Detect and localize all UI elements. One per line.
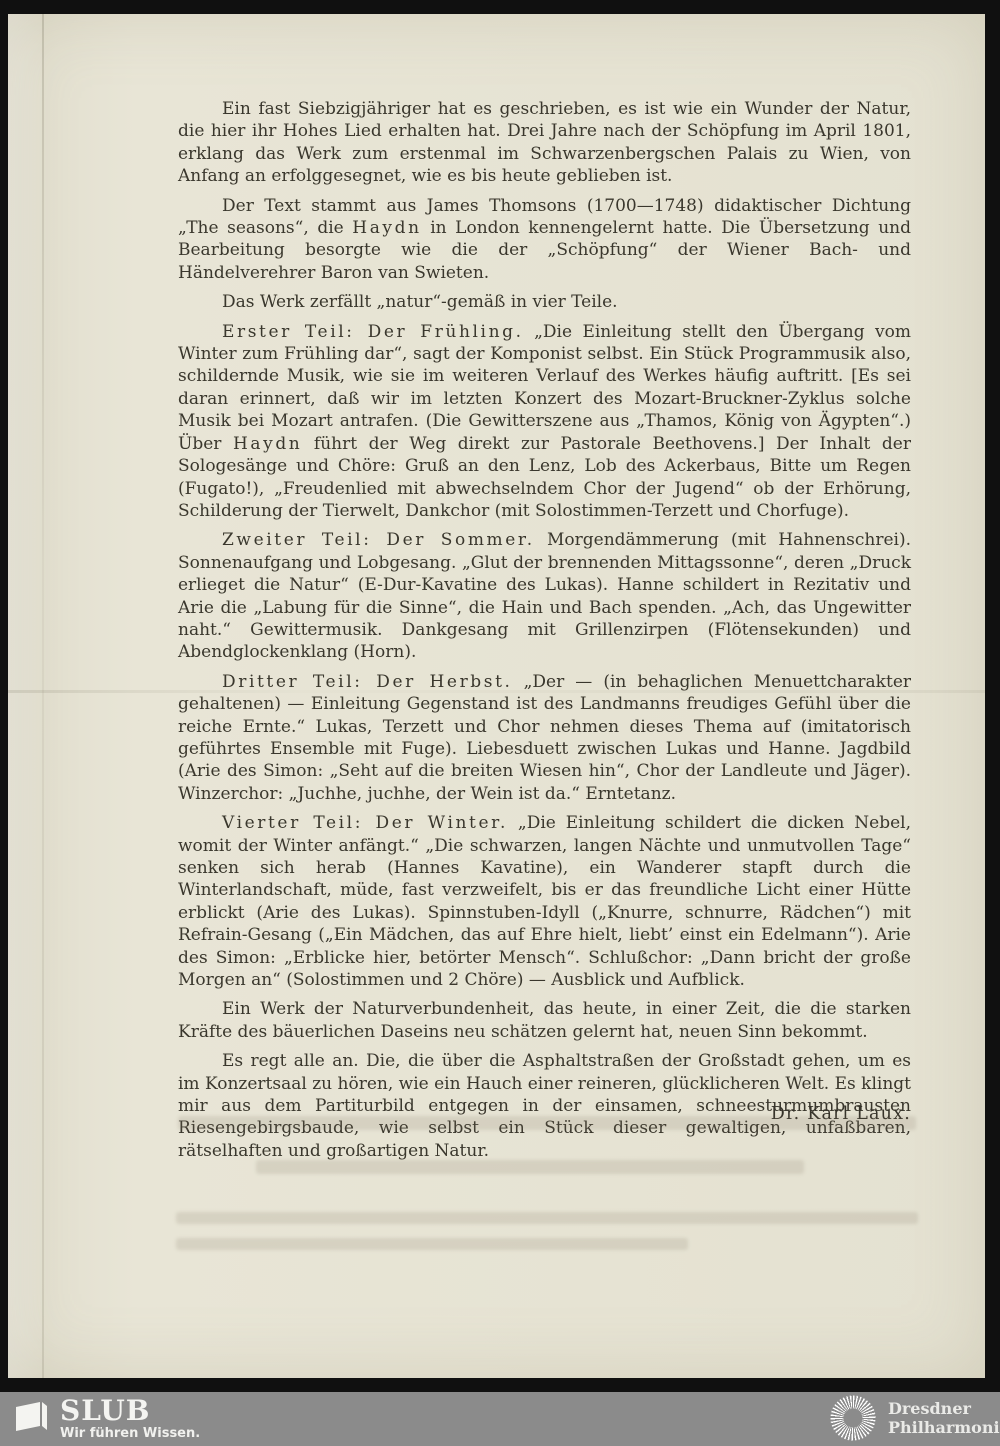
author-signature: Dr. Karl Laux. (178, 1104, 921, 1124)
body-text: Das Werk zerfällt „natur“-gemäß in vier … (222, 292, 618, 312)
emphasized-text: Haydn (233, 434, 302, 454)
paragraph: Zweiter Teil: Der Sommer. Morgendämmerun… (178, 529, 911, 663)
paragraph: Der Text stammt aus James Thomsons (1700… (178, 195, 911, 285)
emphasized-text: Haydn (352, 218, 421, 238)
emphasized-text: Vierter Teil: Der Winter. (222, 813, 508, 833)
paragraph: Ein Werk der Naturverbundenheit, das heu… (178, 998, 911, 1043)
paragraph: Erster Teil: Der Frühling. „Die Einleitu… (178, 321, 911, 523)
slub-wordmark: SLUB (60, 1397, 200, 1425)
body-text: „Die Einleitung schildert die dicken Neb… (178, 813, 911, 990)
philharmonie-name-line1: Dresdner (888, 1399, 1000, 1418)
slub-logo: SLUB Wir führen Wissen. (14, 1397, 200, 1441)
paragraph: Ein fast Siebzigjähriger hat es geschrie… (178, 98, 911, 188)
open-book-icon (14, 1400, 48, 1436)
emphasized-text: Dritter Teil: Der Herbst. (222, 672, 513, 692)
philharmonie-name-line2: Philharmonie (888, 1418, 1000, 1437)
viewer-footer: SLUB Wir führen Wissen. Dresdner Philhar… (0, 1392, 1000, 1446)
page-fold-crease (42, 14, 44, 1378)
emphasized-text: Erster Teil: Der Frühling. (222, 322, 524, 342)
starburst-icon (830, 1395, 876, 1441)
paragraph: Das Werk zerfällt „natur“-gemäß in vier … (178, 291, 911, 313)
body-text: Ein fast Siebzigjähriger hat es geschrie… (178, 99, 911, 186)
dresdner-philharmonie-logo: Dresdner Philharmonie (830, 1395, 1000, 1441)
document-text: Ein fast Siebzigjähriger hat es geschrie… (178, 98, 911, 1169)
paragraph: Dritter Teil: Der Herbst. „Der — (in beh… (178, 671, 911, 805)
emphasized-text: Zweiter Teil: Der Sommer. (222, 530, 535, 550)
body-text: Ein Werk der Naturverbundenheit, das heu… (178, 999, 911, 1041)
slub-tagline: Wir führen Wissen. (60, 1426, 200, 1441)
scanned-page: Ein fast Siebzigjähriger hat es geschrie… (8, 14, 985, 1378)
paragraph: Vierter Teil: Der Winter. „Die Einleitun… (178, 812, 911, 991)
